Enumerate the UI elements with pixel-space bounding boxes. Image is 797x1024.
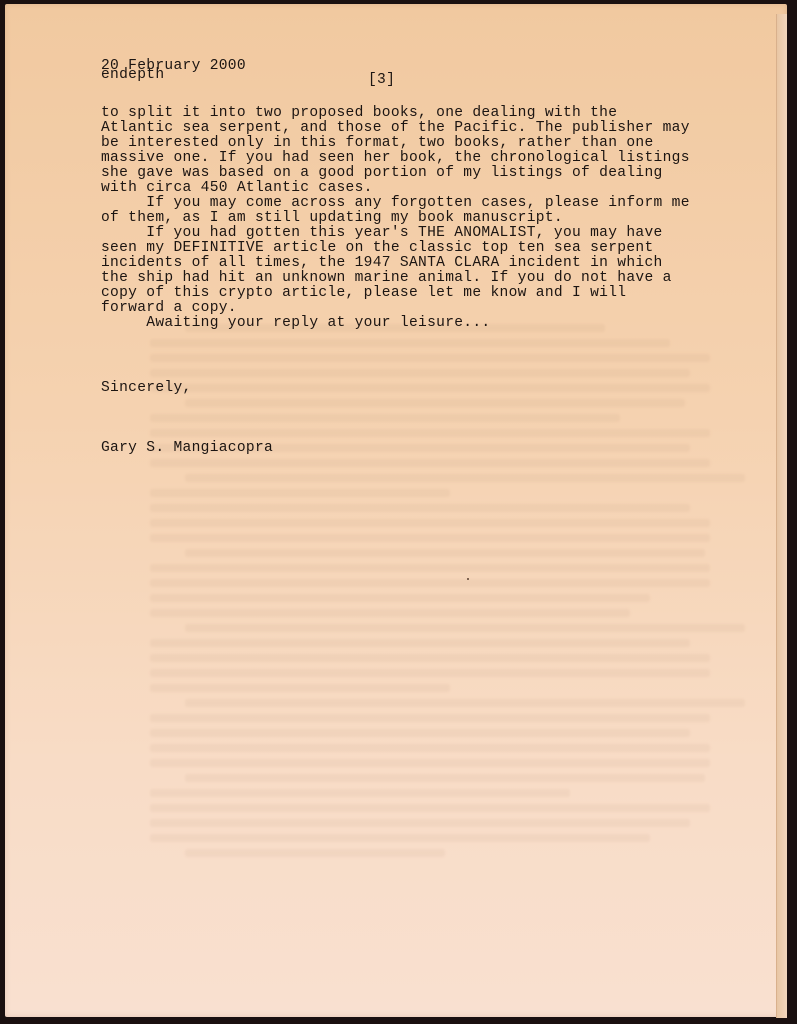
stacked-page-edge — [776, 14, 787, 1018]
page-number: [3] — [368, 74, 395, 86]
body-line: seen my DEFINITIVE article on the classi… — [101, 241, 690, 256]
letter-body: to split it into two proposed books, one… — [101, 106, 690, 331]
body-line: of them, as I am still updating my book … — [101, 211, 690, 226]
body-line: If you may come across any forgotten cas… — [101, 196, 690, 211]
body-line: Awaiting your reply at your leisure... — [101, 316, 690, 331]
body-line: massive one. If you had seen her book, t… — [101, 151, 690, 166]
body-line: copy of this crypto article, please let … — [101, 286, 690, 301]
body-line: to split it into two proposed books, one… — [101, 106, 690, 121]
letter-signature: Gary S. Mangiacopra — [101, 440, 273, 456]
body-line: incidents of all times, the 1947 SANTA C… — [101, 256, 690, 271]
body-line: she gave was based on a good portion of … — [101, 166, 690, 181]
body-line: If you had gotten this year's THE ANOMAL… — [101, 226, 690, 241]
letter-closing: Sincerely, — [101, 380, 192, 396]
body-line: Atlantic sea serpent, and those of the P… — [101, 121, 690, 136]
body-line: be interested only in this format, two b… — [101, 136, 690, 151]
body-line: with circa 450 Atlantic cases. — [101, 181, 690, 196]
body-line: the ship had hit an unknown marine anima… — [101, 271, 690, 286]
letter-subject: endepth — [101, 69, 164, 81]
scanned-document: 20 February 2000 endepth [3] to split it… — [0, 0, 797, 1024]
paper-speck — [467, 578, 469, 580]
body-line: forward a copy. — [101, 301, 690, 316]
